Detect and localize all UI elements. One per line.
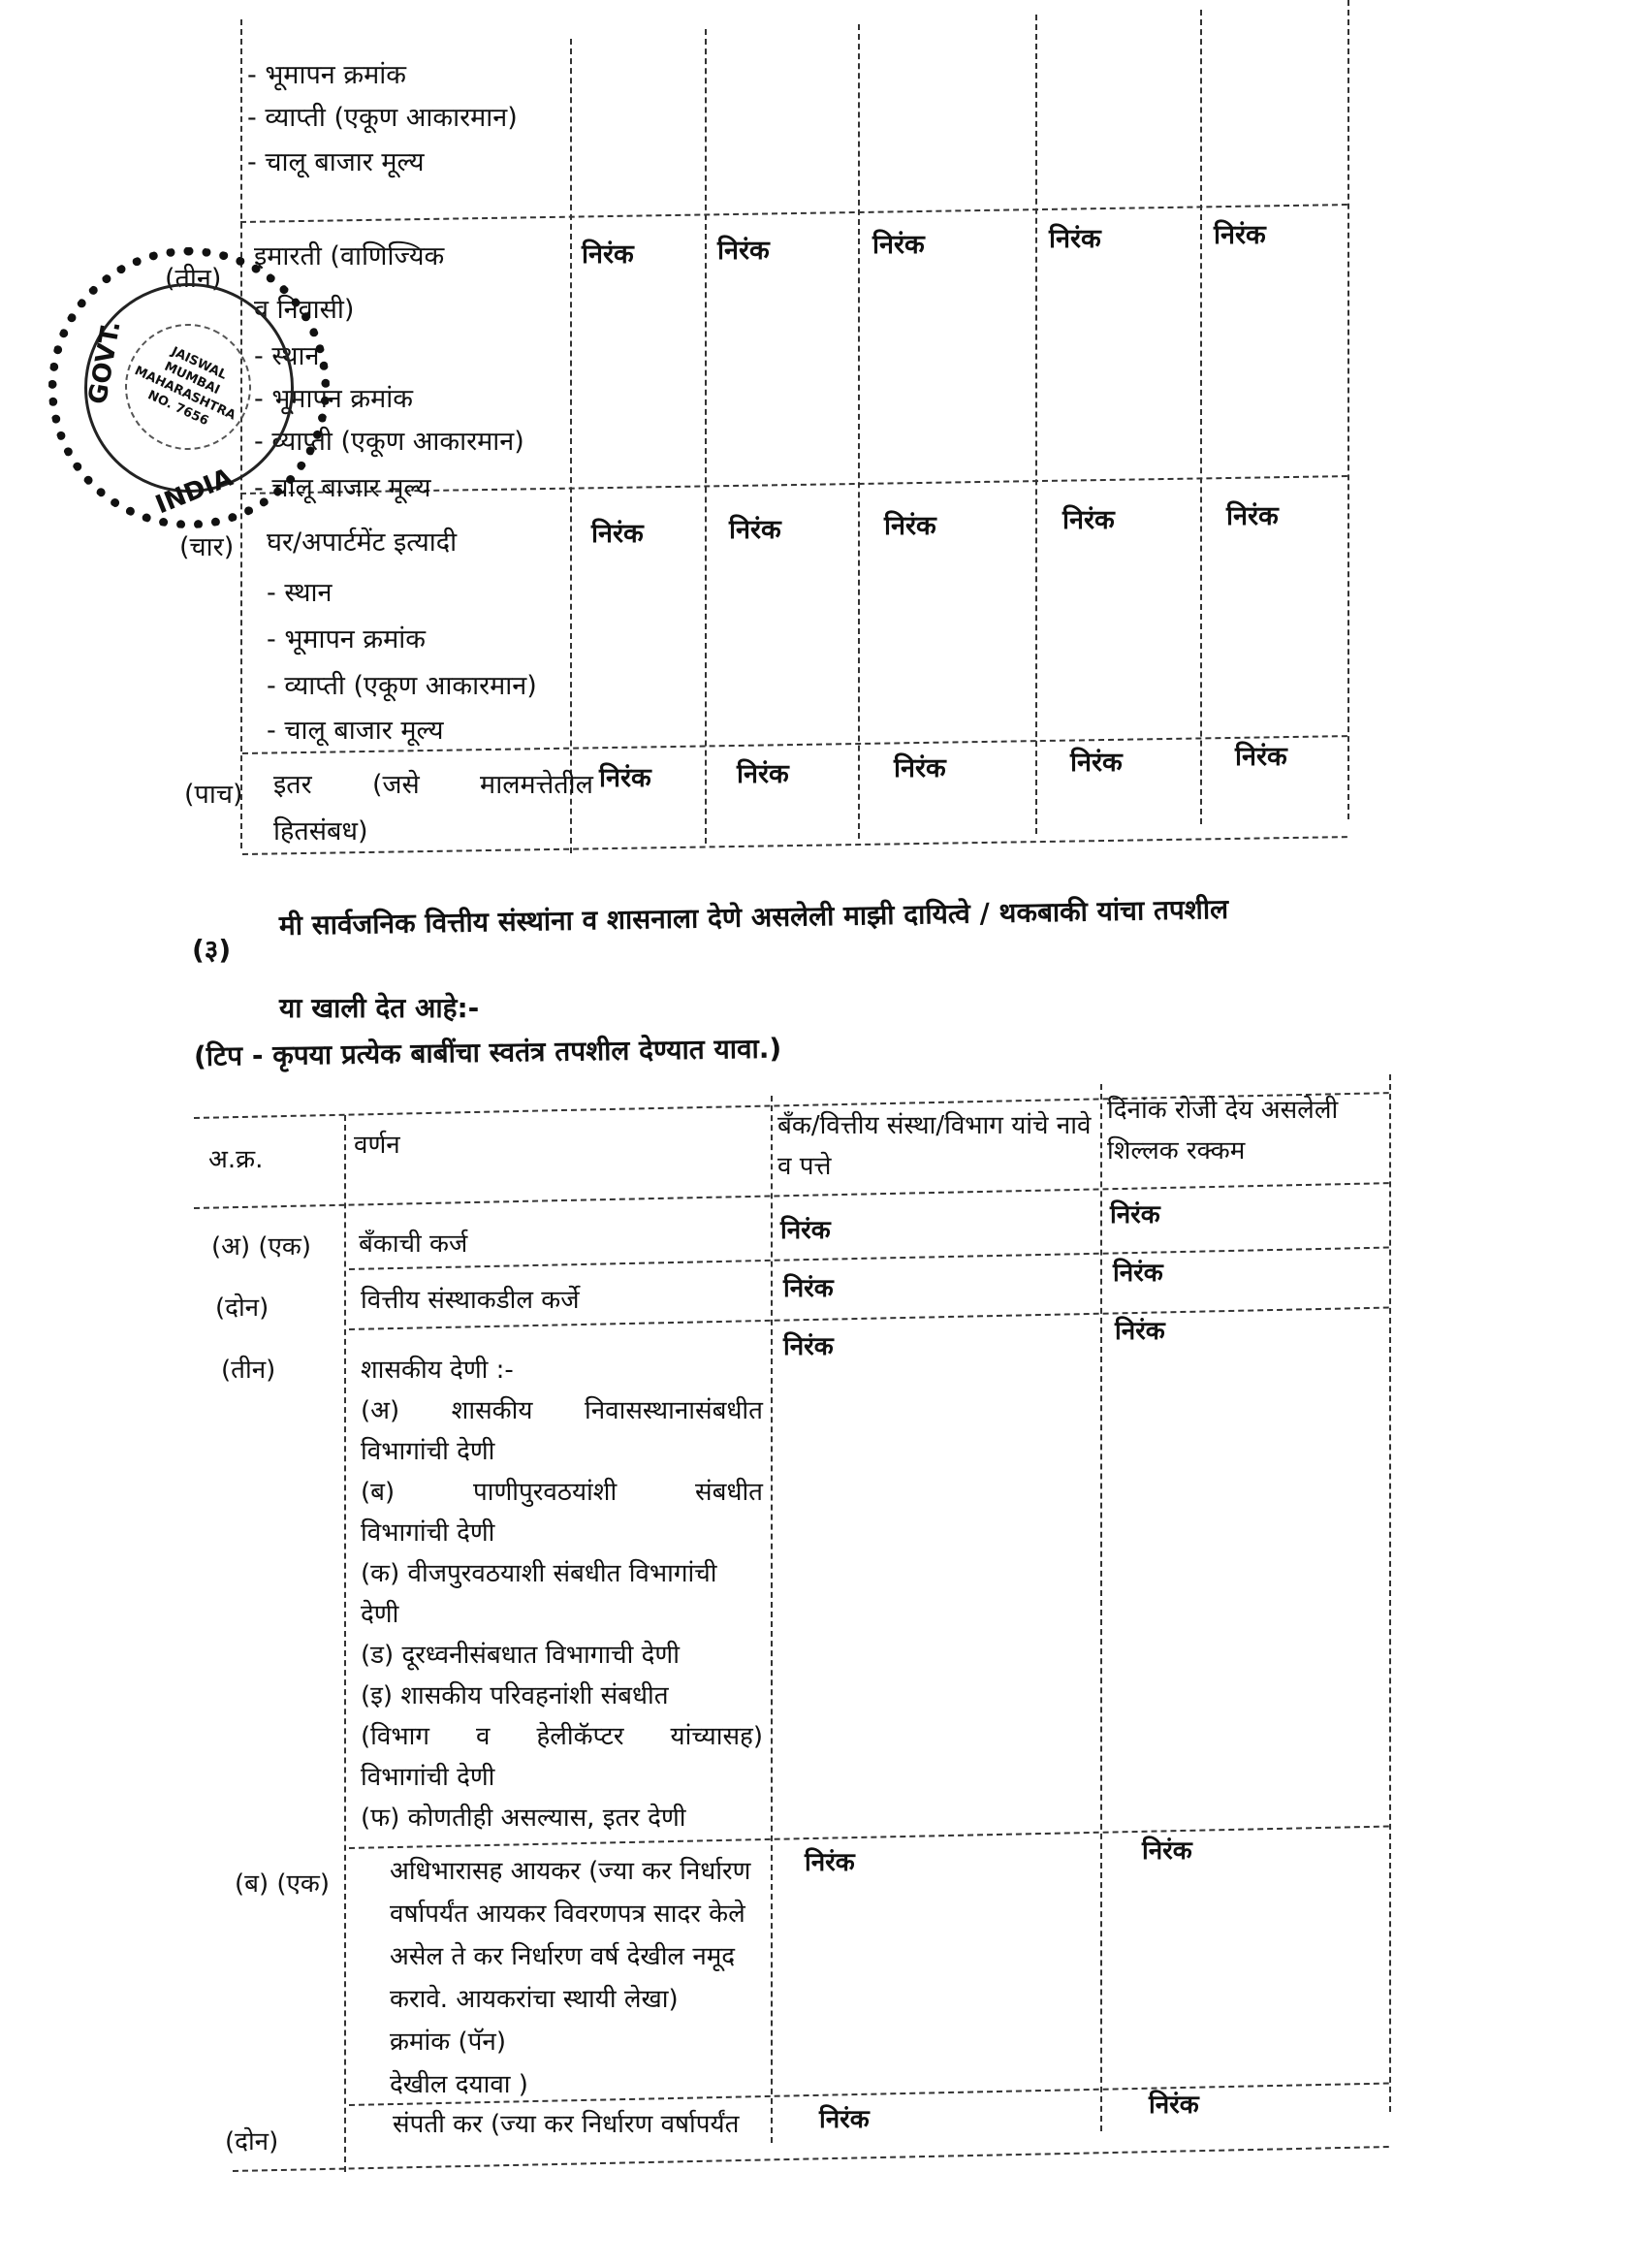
- row-serial: (दोन): [225, 2122, 278, 2162]
- desc-line: क्रमांक (पॅन): [390, 2021, 797, 2063]
- table-border: [344, 1115, 346, 2172]
- desc-line: (विभाग व हेलीकॅप्टर यांच्यासह): [361, 1716, 763, 1757]
- desc-line: शासकीय देणी :-: [361, 1350, 763, 1390]
- row-desc-line: घर/अपार्टमेंट इत्यादी: [267, 524, 457, 562]
- amount-cell: निरंक: [1115, 1311, 1165, 1352]
- row-number: (पाच): [184, 776, 243, 815]
- amount-cell: निरंक: [1142, 1831, 1192, 1871]
- table-border: [1389, 1074, 1391, 2112]
- section-note: (टिप - कृपया प्रत्येक बाबींचा स्वतंत्र त…: [194, 1030, 782, 1074]
- continuation-line: - चालू बाजार मूल्य: [247, 144, 425, 182]
- official-seal-stamp: JAISWAL MUMBAI MAHARASHTRA NO. 7656 GOVT…: [48, 247, 330, 528]
- desc-line: (ब) पाणीपुरवठयांशी संबधीत: [361, 1472, 763, 1513]
- row-description: बँकाची कर्ज: [359, 1224, 467, 1264]
- table-border: [349, 1247, 1389, 1270]
- amount-cell: निरंक: [1149, 2085, 1199, 2125]
- table-border: [705, 29, 707, 844]
- row-serial: (ब) (एक): [235, 1864, 330, 1904]
- value-cell: निरंक: [1235, 737, 1287, 773]
- row-desc-line: - व्याप्ती (एकूण आकारमान): [267, 667, 537, 706]
- row-serial: (अ) (एक): [211, 1227, 311, 1267]
- value-cell: निरंक: [591, 514, 644, 550]
- bank-cell: निरंक: [805, 1842, 855, 1883]
- desc-line: देखील दयावा ): [390, 2063, 797, 2106]
- value-cell: निरंक: [884, 506, 936, 542]
- amount-cell: निरंक: [1113, 1253, 1163, 1294]
- value-cell: निरंक: [599, 758, 651, 794]
- header-serial: अ.क्र.: [208, 1139, 263, 1180]
- section-heading: मी सार्वजनिक वित्तीय संस्थांना व शासनाला…: [279, 890, 1229, 943]
- value-cell: निरंक: [1070, 743, 1123, 779]
- desc-line: विभागांची देणी: [361, 1757, 763, 1798]
- continuation-line: - व्याप्ती (एकूण आकारमान): [247, 99, 518, 138]
- table-border: [1347, 0, 1349, 819]
- desc-line: विभागांची देणी: [361, 1513, 763, 1553]
- desc-line: (ड) दूरध्वनीसंबधात विभागाची देणी: [361, 1635, 763, 1676]
- row-desc-line: हितसंबध): [273, 813, 368, 851]
- table-border: [1100, 1084, 1102, 2131]
- row-description: वित्तीय संस्थाकडील कर्जे: [361, 1280, 580, 1321]
- desc-line: विभागांची देणी: [361, 1431, 763, 1472]
- desc-line: करावे. आयकरांचा स्थायी लेखा): [390, 1978, 797, 2021]
- value-cell: निरंक: [1062, 500, 1115, 536]
- value-cell: निरंक: [872, 225, 925, 261]
- row-desc-text: इतर (जसे मालमत्तेतील: [273, 766, 593, 805]
- header-bank-name: बँक/वित्तीय संस्था/विभाग यांचे नावे व पत…: [777, 1105, 1097, 1187]
- value-cell: निरंक: [1226, 496, 1279, 532]
- table-border: [1200, 10, 1202, 824]
- desc-line: (क) वीजपुरवठयाशी संबधीत विभागांची: [361, 1553, 763, 1594]
- desc-line: असेल ते कर निर्धारण वर्ष देखील नमूद: [390, 1935, 797, 1978]
- row-description: संपती कर (ज्या कर निर्धारण वर्षापर्यंत: [393, 2104, 739, 2145]
- table-border: [1035, 15, 1037, 834]
- row-description: शासकीय देणी :- (अ) शासकीय निवासस्थानासंब…: [361, 1350, 763, 1838]
- row-desc-line: इमारती (वाणिज्यिक: [254, 238, 444, 276]
- desc-line: (इ) शासकीय परिवहनांशी संबधीत: [361, 1676, 763, 1716]
- row-serial: (दोन): [215, 1288, 269, 1328]
- row-desc-line: इतर (जसे मालमत्तेतील: [273, 766, 593, 805]
- value-cell: निरंक: [582, 235, 634, 271]
- value-cell: निरंक: [1049, 219, 1101, 255]
- continuation-line: - भूमापन क्रमांक: [247, 56, 406, 95]
- row-desc-line: - स्थान: [267, 574, 333, 613]
- row-desc-line: - भूमापन क्रमांक: [267, 621, 426, 659]
- bank-cell: निरंक: [819, 2099, 870, 2140]
- desc-line: अधिभारासह आयकर (ज्या कर निर्धारण: [390, 1850, 797, 1893]
- row-serial: (तीन): [221, 1350, 275, 1390]
- table-border: [858, 24, 860, 839]
- value-cell: निरंक: [1214, 215, 1266, 251]
- value-cell: निरंक: [737, 754, 789, 790]
- value-cell: निरंक: [894, 749, 946, 784]
- table-border: [242, 836, 1347, 855]
- header-description: वर्णन: [354, 1125, 400, 1166]
- desc-line: देणी: [361, 1594, 763, 1635]
- bank-cell: निरंक: [783, 1326, 834, 1367]
- row-number: (चार): [179, 528, 234, 567]
- desc-line: (फ) कोणतीही असल्यास, इतर देणी: [361, 1798, 763, 1838]
- table-border: [233, 2146, 1389, 2172]
- row-description: अधिभारासह आयकर (ज्या कर निर्धारण वर्षापर…: [390, 1850, 797, 2106]
- value-cell: निरंक: [729, 510, 781, 546]
- desc-line: वर्षापर्यंत आयकर विवरणपत्र सादर केले: [390, 1893, 797, 1935]
- bank-cell: निरंक: [780, 1210, 831, 1251]
- header-amount: दिनांक रोजी देय असलेली शिल्लक रक्कम: [1107, 1090, 1388, 1171]
- table-border: [570, 39, 572, 853]
- section-heading-continued: या खाली देत आहे:-: [279, 989, 479, 1026]
- table-border: [240, 204, 1347, 223]
- amount-cell: निरंक: [1110, 1195, 1160, 1235]
- section-number: (३): [192, 931, 231, 968]
- row-desc-line: - चालू बाजार मूल्य: [267, 712, 444, 751]
- value-cell: निरंक: [717, 231, 770, 267]
- desc-line: (अ) शासकीय निवासस्थानासंबधीत: [361, 1390, 763, 1431]
- bank-cell: निरंक: [783, 1268, 834, 1309]
